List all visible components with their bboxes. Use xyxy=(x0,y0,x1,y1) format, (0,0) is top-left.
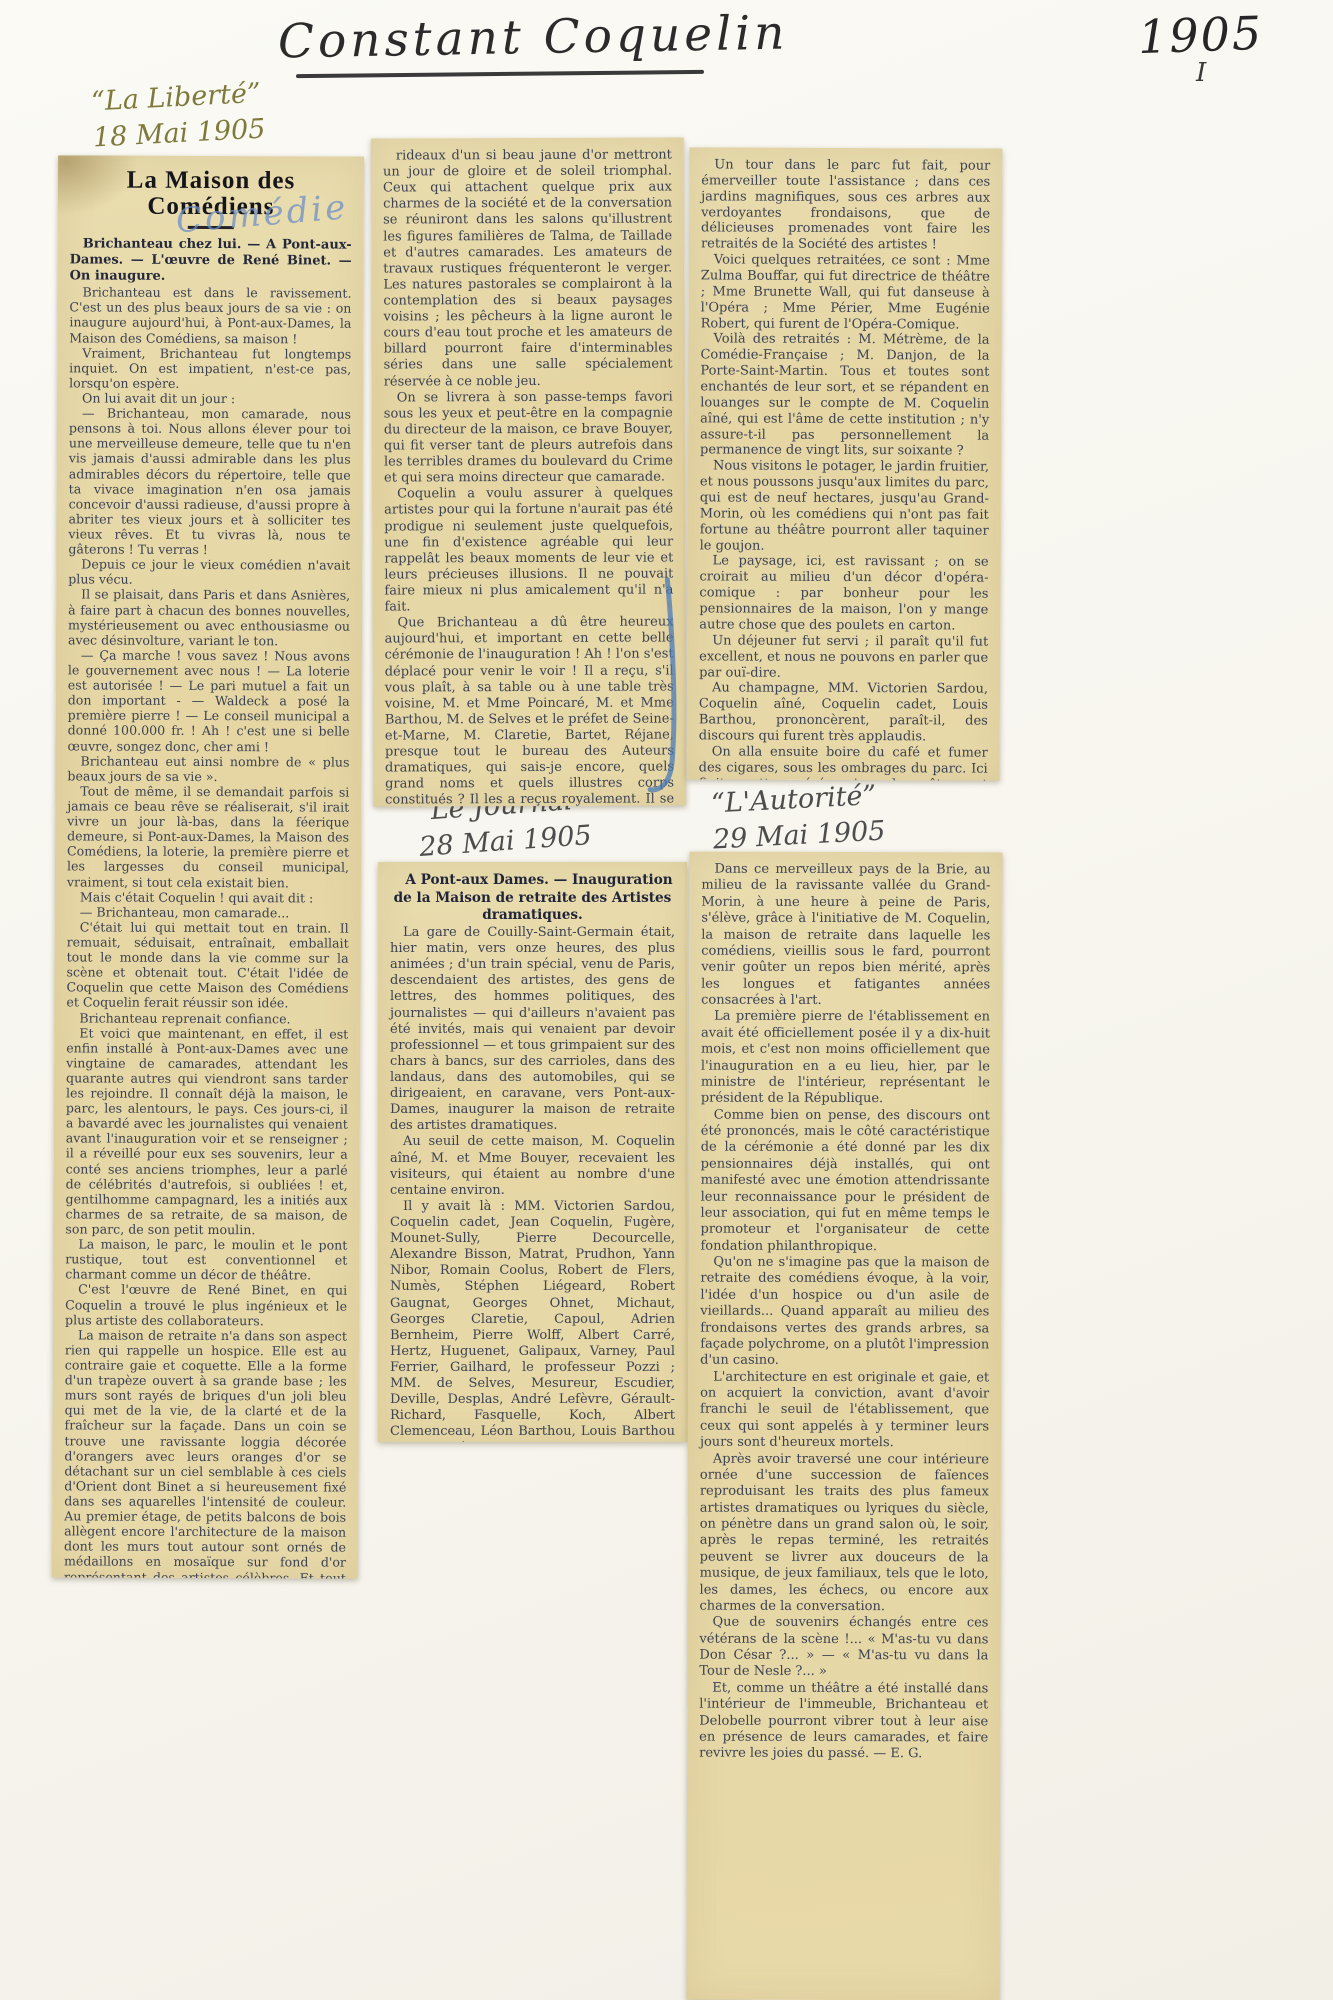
paragraph: Brichanteau est dans le ravissement. C'e… xyxy=(69,285,351,347)
paper-stain xyxy=(58,155,138,215)
clipping-subhead: Brichanteau chez lui. — A Pont-aux-Dames… xyxy=(70,236,352,286)
paragraph: Le paysage, ici, est ravissant ; on se c… xyxy=(699,554,988,635)
paragraph: Dans ce merveilleux pays de la Brie, au … xyxy=(701,862,990,1010)
paragraph: C'était lui qui mettait tout en train. I… xyxy=(66,919,348,1011)
annotation-la-liberte: “La Liberté” 18 Mai 1905 xyxy=(90,76,266,158)
clipping-body: rideaux d'un si beau jaune d'or mettront… xyxy=(383,147,675,806)
title-underline xyxy=(296,70,704,78)
clipping-body: La gare de Couilly-Saint-Germain était, … xyxy=(390,925,675,1442)
paragraph: rideaux d'un si beau jaune d'or mettront… xyxy=(383,147,673,390)
clipping-body: Dans ce merveilleux pays de la Brie, au … xyxy=(699,862,990,1763)
paragraph: Qu'on ne s'imagine pas que la maison de … xyxy=(700,1255,989,1370)
paragraph: Que Brichanteau a dû être heureux aujour… xyxy=(385,615,675,807)
paragraph: Et voici que maintenant, en effet, il es… xyxy=(65,1025,348,1238)
clipping-body: Brichanteau est dans le ravissement. C'e… xyxy=(63,285,352,1579)
clipping-pont-aux-dames: A Pont-aux Dames. — Inauguration de la M… xyxy=(378,862,687,1442)
paragraph: Mais c'était Coquelin ! qui avait dit : xyxy=(67,889,349,905)
paragraph: — Brichanteau, mon camarade... xyxy=(67,904,349,920)
paragraph: La maison, le parc, le moulin et le pont… xyxy=(65,1237,347,1284)
paragraph: C'est l'œuvre de René Binet, en qui Coqu… xyxy=(65,1282,347,1329)
clipping-le-journal-1: rideaux d'un si beau jaune d'or mettront… xyxy=(371,137,686,806)
paragraph: L'architecture en est originale et gaie,… xyxy=(700,1369,989,1452)
scrapbook-page: Constant Coquelin 1905 I “La Liberté” 18… xyxy=(0,0,1333,2000)
paragraph: Vraiment, Brichanteau fut longtemps inqu… xyxy=(69,345,351,392)
clipping-headline: A Pont-aux Dames. — Inauguration de la M… xyxy=(390,872,675,925)
clipping-body: Un tour dans le parc fut fait, pour émer… xyxy=(698,157,990,780)
paragraph: On alla ensuite boire du café et fumer d… xyxy=(698,744,987,781)
paragraph: Brichanteau eut ainsi nombre de « plus b… xyxy=(67,753,349,784)
paragraph: Voici quelques retraitées, ce sont : Mme… xyxy=(701,253,990,334)
page-title-handwritten: Constant Coquelin xyxy=(278,6,789,70)
paragraph: — Brichanteau, mon camarade, nous penson… xyxy=(68,406,351,558)
paragraph: Que de souvenirs échangés entre ces vété… xyxy=(699,1615,988,1681)
clipping-brie: Dans ce merveilleux pays de la Brie, au … xyxy=(686,852,1002,2000)
paragraph: Au champagne, MM. Victorien Sardou, Coqu… xyxy=(699,681,988,746)
paragraph: Brichanteau reprenait confiance. xyxy=(66,1010,348,1026)
paragraph: Un tour dans le parc fut fait, pour émer… xyxy=(701,157,990,253)
paragraph: Un déjeuner fut servi ; il paraît qu'il … xyxy=(699,633,988,682)
paragraph: La première pierre de l'établissement en… xyxy=(701,1009,990,1108)
annotation-l-autorite: “L'Autorité” 29 Mai 1905 xyxy=(710,778,886,860)
year-annotation: 1905 xyxy=(1137,6,1264,64)
clipping-la-liberte: La Maison des Comédiens Comédie Brichant… xyxy=(52,155,364,1578)
year-mark: I xyxy=(1196,58,1206,88)
clipping-l-autorite: Un tour dans le parc fut fait, pour émer… xyxy=(687,147,1003,780)
paragraph: Il y avait là : MM. Victorien Sardou, Co… xyxy=(390,1199,675,1442)
paragraph: Voilà des retraités : M. Métrème, de la … xyxy=(700,332,990,460)
paragraph: Il se plaisait, dans Paris et dans Asniè… xyxy=(68,587,350,649)
paragraph: — Ça marche ! vous savez ! Nous avons le… xyxy=(67,647,349,754)
paragraph: Après avoir traversé une cour intérieure… xyxy=(700,1451,989,1616)
annotation-date: 18 Mai 1905 xyxy=(92,112,266,157)
paragraph: Tout de même, il se demandait parfois si… xyxy=(67,783,349,890)
paragraph: On se livrera à son passe-temps favori s… xyxy=(384,389,673,487)
paragraph: Depuis ce jour le vieux comédien n'avait… xyxy=(68,557,350,588)
paragraph: La maison de retraite n'a dans son aspec… xyxy=(64,1327,347,1578)
headline-rule xyxy=(188,225,234,228)
paragraph: Et, comme un théâtre a été installé dans… xyxy=(699,1680,988,1763)
paragraph: On lui avait dit un jour : xyxy=(69,390,351,406)
paragraph: Coquelin a voulu assurer à quelques arti… xyxy=(384,486,673,616)
paragraph: Au seuil de cette maison, M. Coquelin aî… xyxy=(390,1134,675,1198)
paragraph: La gare de Couilly-Saint-Germain était, … xyxy=(390,925,675,1134)
paragraph: Nous visitons le potager, le jardin frui… xyxy=(700,459,989,555)
paragraph: Comme bien on pense, des discours ont ét… xyxy=(700,1107,989,1255)
